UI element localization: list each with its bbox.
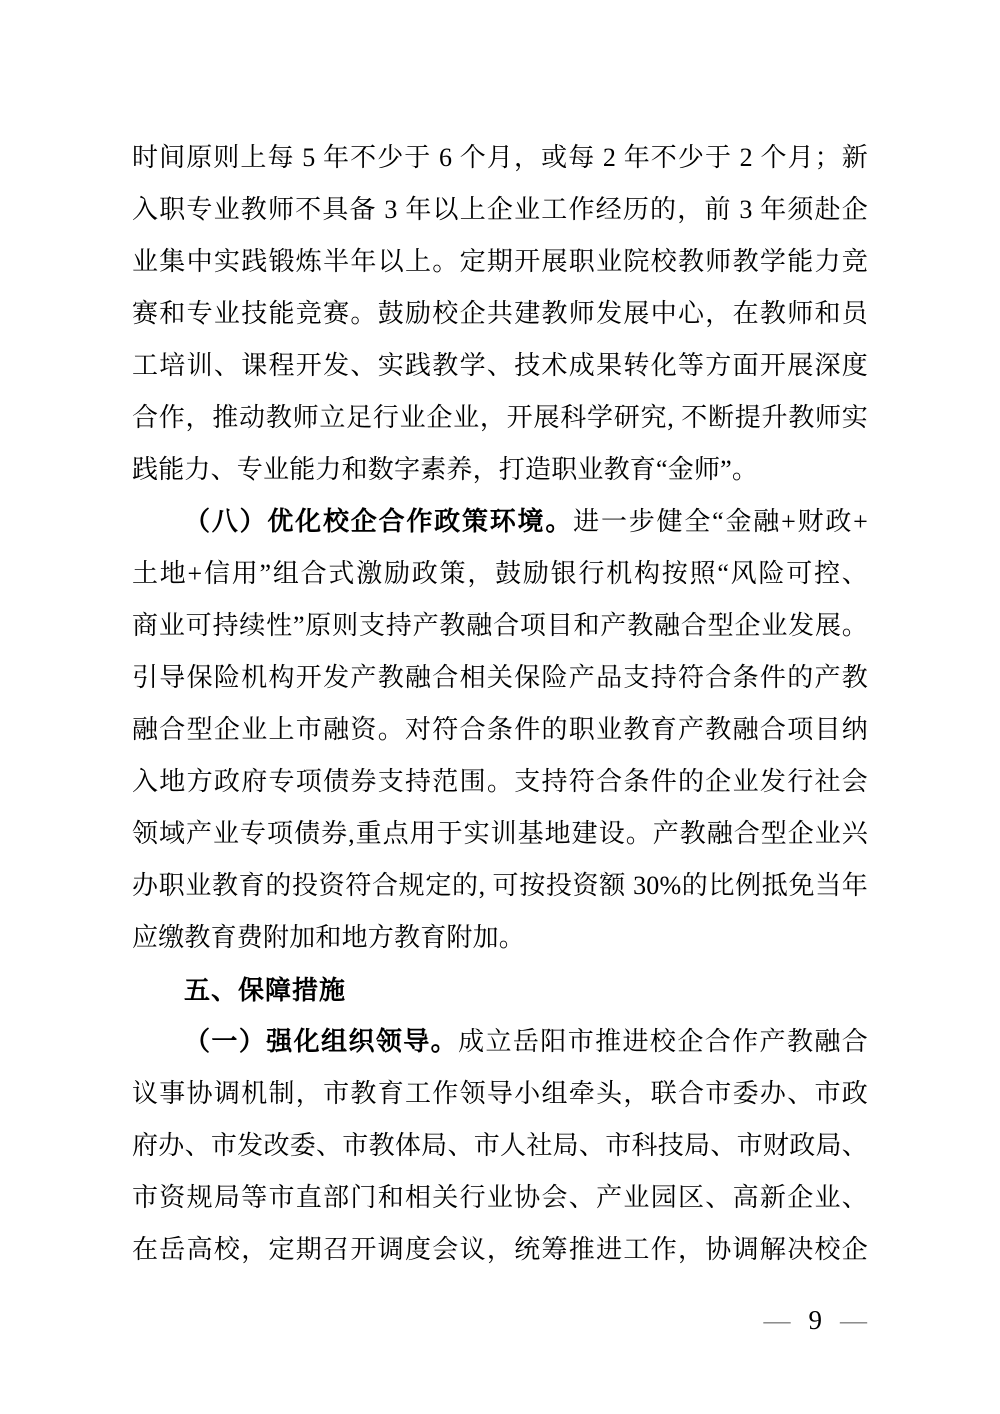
paragraph-teacher-training: 时间原则上每 5 年不少于 6 个月，或每 2 年不少于 2 个月；新 入职专业… <box>132 132 868 496</box>
document-page: 时间原则上每 5 年不少于 6 个月，或每 2 年不少于 2 个月；新 入职专业… <box>0 0 1000 1414</box>
text-line: 应缴教育费附加和地方教育附加。 <box>132 912 868 964</box>
paragraph-lead-rest: 进一步健全“金融+财政+ <box>573 507 868 536</box>
section-heading: 五、保障措施 <box>132 964 868 1016</box>
page-number-dash-left: — <box>764 1305 791 1335</box>
text-line: 土地+信用”组合式激励政策，鼓励银行机构按照“风险可控、 <box>132 548 868 600</box>
paragraph-organization: （一）强化组织领导。成立岳阳市推进校企合作产教融合 议事协调机制，市教育工作领导… <box>132 1016 868 1276</box>
text-line: 践能力、专业能力和数字素养，打造职业教育“金师”。 <box>132 444 868 496</box>
paragraph-lead-rest: 成立岳阳市推进校企合作产教融合 <box>458 1027 868 1056</box>
text-line: 市资规局等市直部门和相关行业协会、产业园区、高新企业、 <box>132 1172 868 1224</box>
text-line: 业集中实践锻炼半年以上。定期开展职业院校教师教学能力竞 <box>132 236 868 288</box>
text-line: 引导保险机构开发产教融合相关保险产品支持符合条件的产教 <box>132 652 868 704</box>
document-body: 时间原则上每 5 年不少于 6 个月，或每 2 年不少于 2 个月；新 入职专业… <box>132 132 868 1276</box>
text-line: （八）优化校企合作政策环境。进一步健全“金融+财政+ <box>132 496 868 548</box>
text-line: 议事协调机制，市教育工作领导小组牵头，联合市委办、市政 <box>132 1068 868 1120</box>
text-line: 在岳高校，定期召开调度会议，统筹推进工作，协调解决校企 <box>132 1224 868 1276</box>
text-line: （一）强化组织领导。成立岳阳市推进校企合作产教融合 <box>132 1016 868 1068</box>
paragraph-lead: （八）优化校企合作政策环境。 <box>184 507 573 536</box>
text-line: 入职专业教师不具备 3 年以上企业工作经历的，前 3 年须赴企 <box>132 184 868 236</box>
paragraph-policy-environment: （八）优化校企合作政策环境。进一步健全“金融+财政+ 土地+信用”组合式激励政策… <box>132 496 868 964</box>
paragraph-lead: （一）强化组织领导。 <box>184 1027 458 1056</box>
text-line: 赛和专业技能竞赛。鼓励校企共建教师发展中心，在教师和员 <box>132 288 868 340</box>
text-line: 入地方政府专项债券支持范围。支持符合条件的企业发行社会 <box>132 756 868 808</box>
page-number: —9— <box>764 1303 868 1337</box>
text-line: 领域产业专项债券,重点用于实训基地建设。产教融合型企业兴 <box>132 808 868 860</box>
page-number-dash-right: — <box>840 1305 867 1335</box>
text-line: 时间原则上每 5 年不少于 6 个月，或每 2 年不少于 2 个月；新 <box>132 132 868 184</box>
text-line: 融合型企业上市融资。对符合条件的职业教育产教融合项目纳 <box>132 704 868 756</box>
text-line: 办职业教育的投资符合规定的, 可按投资额 30%的比例抵免当年 <box>132 860 868 912</box>
text-line: 合作，推动教师立足行业企业，开展科学研究, 不断提升教师实 <box>132 392 868 444</box>
page-number-value: 9 <box>809 1305 823 1335</box>
text-line: 府办、市发改委、市教体局、市人社局、市科技局、市财政局、 <box>132 1120 868 1172</box>
text-line: 商业可持续性”原则支持产教融合项目和产教融合型企业发展。 <box>132 600 868 652</box>
text-line: 工培训、课程开发、实践教学、技术成果转化等方面开展深度 <box>132 340 868 392</box>
